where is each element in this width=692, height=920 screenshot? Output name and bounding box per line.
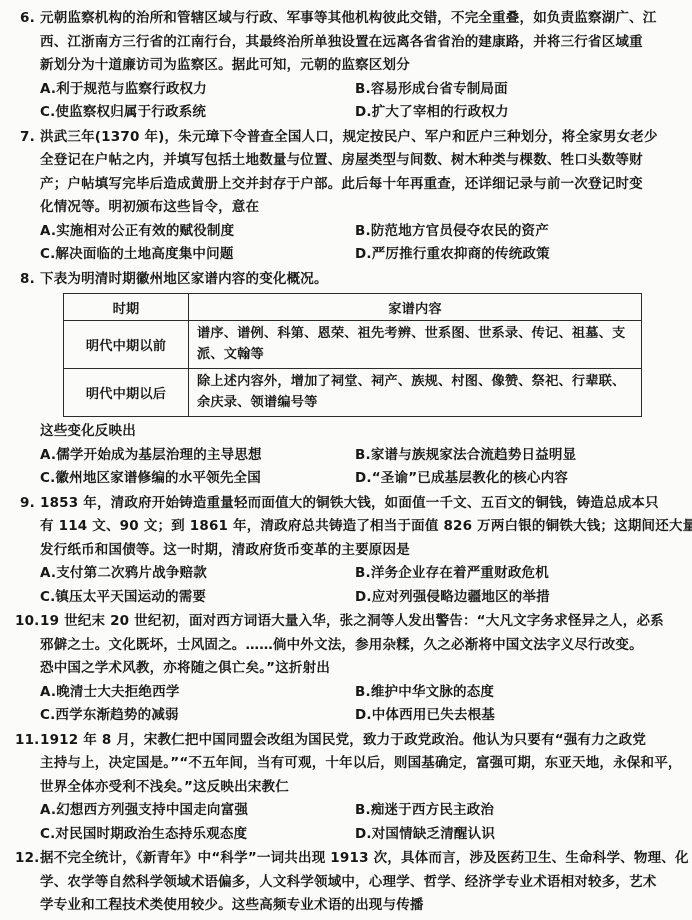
options-row-ab: A.晚清士大夫拒绝西学 B.维护中华文脉的态度 <box>0 681 692 705</box>
option-b: B.痴迷于西方民主政治 <box>355 799 494 823</box>
question-line: 元朝监察机构的治所和管辖区域与行政、军事等其他机构彼此交错，不完全重叠，如负责监… <box>0 7 692 31</box>
options-row-cd: C.对民国时期政治生态持乐观态度 D.对国情缺乏清醒认识 <box>0 823 692 847</box>
question-line: 洪武三年(1370 年)，朱元璋下令普查全国人口，规定按民户、军户和匠户三种划分… <box>0 126 692 150</box>
question-number: 7. <box>20 126 35 150</box>
question-line: 19 世纪末 20 世纪初，面对西方词语大量入华，张之洞等人发出警告：“大凡文字… <box>0 610 692 634</box>
option-a: A.利于规范与监察行政权力 <box>40 78 355 102</box>
option-d: D.严厉推行重农抑商的传统政策 <box>355 243 550 267</box>
option-c: C.徽州地区家谱修编的水平领先全国 <box>40 467 355 491</box>
options-row-cd: C.解决面临的土地高度集中问题 D.严厉推行重农抑商的传统政策 <box>0 243 692 267</box>
question-line: 学、农学等自然科学领域术语偏多，人文科学领域中，心理学、哲学、经济学专业术语相对… <box>0 871 692 895</box>
question-6: 6. 元朝监察机构的治所和管辖区域与行政、军事等其他机构彼此交错，不完全重叠，如… <box>0 7 692 125</box>
question-12: 12. 据不完全统计，《新青年》中“科学”一词共出现 1913 次，具体而言，涉… <box>0 847 692 918</box>
question-line: 主持与上，决定国是。”“不五年间，当有可观，十年以后，则国基确定，富强可期，东亚… <box>0 752 692 776</box>
option-c: C.镇压太平天国运动的需要 <box>40 586 355 610</box>
options-row-cd: C.西学东渐趋势的减弱 D.中体西用已失去根基 <box>0 704 692 728</box>
question-line: 学专业和工程技术类使用较少。这些高频专业术语的出现与传播 <box>0 894 692 918</box>
question-line: 产；户帖填写完毕后造成黄册上交并封存于户部。此后每十年再重查，还详细记录与前一次… <box>0 173 692 197</box>
question-line: 新划分为十道廉访司为监察区。据此可知，元朝的监察区划分 <box>0 54 692 78</box>
question-9: 9. 1853 年，清政府开始铸造重量轻而面值大的铜铁大钱，如面值一千文、五百文… <box>0 492 692 610</box>
table-cell-content: 除上述内容外，增加了祠堂、祠产、族规、村图、像赞、祭祀、行辈联、余庆录、领谱编号… <box>189 369 642 417</box>
option-c: C.解决面临的土地高度集中问题 <box>40 243 355 267</box>
option-a: A.儒学开始成为基层治理的主导思想 <box>40 444 355 468</box>
table-header-content: 家谱内容 <box>189 294 642 321</box>
options-row-cd: C.徽州地区家谱修编的水平领先全国 D.“圣谕”已成基层教化的核心内容 <box>0 467 692 491</box>
option-a: A.幻想西方列强支持中国走向富强 <box>40 799 355 823</box>
question-line: 下表为明清时期徽州地区家谱内容的变化概况。 <box>0 268 692 292</box>
exam-page: 6. 元朝监察机构的治所和管辖区域与行政、军事等其他机构彼此交错，不完全重叠，如… <box>0 0 692 918</box>
question-line: 1853 年，清政府开始铸造重量轻而面值大的铜铁大钱，如面值一千文、五百文的铜钱… <box>0 492 692 516</box>
option-b: B.维护中华文脉的态度 <box>355 681 494 705</box>
table-cell-period: 明代中期以前 <box>64 321 189 369</box>
table-header-period: 时期 <box>64 294 189 321</box>
option-b: B.家谱与族规家法合流趋势日益明显 <box>355 444 576 468</box>
question-line: 化情况等。明初颁布这些旨令，意在 <box>0 196 692 220</box>
question-number: 10. <box>15 610 40 634</box>
option-a: A.晚清士大夫拒绝西学 <box>40 681 355 705</box>
option-d: D.对国情缺乏清醒认识 <box>355 823 495 847</box>
question-line: 世界全体亦受利不浅矣。”这反映出宋教仁 <box>0 776 692 800</box>
question-number: 8. <box>20 268 35 292</box>
question-line: 全登记在户帖之内，并填写包括土地数量与位置、房屋类型与间数、树木种类与棵数、牲口… <box>0 149 692 173</box>
question-line: 发行纸币和国债等。这一时期，清政府货币变革的主要原因是 <box>0 539 692 563</box>
option-d: D.扩大了宰相的行政权力 <box>355 101 509 125</box>
options-row-ab: A.实施相对公正有效的赋役制度 B.防范地方官员侵夺农民的资产 <box>0 220 692 244</box>
question-line: 邪僻之士。文化既坏，士风固之。……倘中外文法，参用杂糅，久之必渐将中国文法字义尽… <box>0 634 692 658</box>
option-a: A.支付第二次鸦片战争赔款 <box>40 562 355 586</box>
table-cell-period: 明代中期以后 <box>64 369 189 417</box>
table-header-row: 时期 家谱内容 <box>64 294 642 321</box>
genealogy-table: 时期 家谱内容 明代中期以前 谱序、谱例、科第、恩荣、祖先考辨、世系图、世系录、… <box>63 293 642 417</box>
option-c: C.使监察权归属于行政系统 <box>40 101 355 125</box>
question-number: 11. <box>15 729 40 753</box>
table-cell-content: 谱序、谱例、科第、恩荣、祖先考辨、世系图、世系录、传记、祖墓、支派、文翰等 <box>189 321 642 369</box>
question-line: 据不完全统计，《新青年》中“科学”一词共出现 1913 次，具体而言，涉及医药卫… <box>0 847 692 871</box>
option-d: D.中体西用已失去根基 <box>355 704 495 728</box>
option-d: D.“圣谕”已成基层教化的核心内容 <box>355 467 568 491</box>
question-line: 有 114 文、90 文；到 1861 年，清政府总共铸造了相当于面值 826 … <box>0 515 692 539</box>
question-11: 11. 1912 年 8 月，宋教仁把中国同盟会改组为国民党，致力于政党政治。他… <box>0 729 692 847</box>
options-row-cd: C.使监察权归属于行政系统 D.扩大了宰相的行政权力 <box>0 101 692 125</box>
option-b: B.容易形成台省专制局面 <box>355 78 508 102</box>
option-c: C.西学东渐趋势的减弱 <box>40 704 355 728</box>
option-d: D.应对列强侵略边疆地区的举措 <box>355 586 550 610</box>
options-row-ab: A.幻想西方列强支持中国走向富强 B.痴迷于西方民主政治 <box>0 799 692 823</box>
question-line: 1912 年 8 月，宋教仁把中国同盟会改组为国民党，致力于政党政治。他认为只要… <box>0 729 692 753</box>
question-number: 6. <box>20 7 35 31</box>
options-row-cd: C.镇压太平天国运动的需要 D.应对列强侵略边疆地区的举措 <box>0 586 692 610</box>
table-row: 明代中期以后 除上述内容外，增加了祠堂、祠产、族规、村图、像赞、祭祀、行辈联、余… <box>64 369 642 417</box>
question-followup: 这些变化反映出 <box>0 420 692 444</box>
options-row-ab: A.儒学开始成为基层治理的主导思想 B.家谱与族规家法合流趋势日益明显 <box>0 444 692 468</box>
option-b: B.洋务企业存在着严重财政危机 <box>355 562 549 586</box>
option-a: A.实施相对公正有效的赋役制度 <box>40 220 355 244</box>
question-line: 恐中国之学术风教，亦将随之俱亡矣。”这折射出 <box>0 657 692 681</box>
question-number: 12. <box>15 847 40 871</box>
question-7: 7. 洪武三年(1370 年)，朱元璋下令普查全国人口，规定按民户、军户和匠户三… <box>0 126 692 267</box>
option-b: B.防范地方官员侵夺农民的资产 <box>355 220 549 244</box>
options-row-ab: A.支付第二次鸦片战争赔款 B.洋务企业存在着严重财政危机 <box>0 562 692 586</box>
question-number: 9. <box>20 492 35 516</box>
options-row-ab: A.利于规范与监察行政权力 B.容易形成台省专制局面 <box>0 78 692 102</box>
question-10: 10. 19 世纪末 20 世纪初，面对西方词语大量入华，张之洞等人发出警告：“… <box>0 610 692 728</box>
question-8: 8. 下表为明清时期徽州地区家谱内容的变化概况。 时期 家谱内容 明代中期以前 … <box>0 268 692 491</box>
question-line: 西、江浙南方三行省的江南行台，其最终治所单独设置在远离各省省治的建康路，并将三行… <box>0 31 692 55</box>
table-row: 明代中期以前 谱序、谱例、科第、恩荣、祖先考辨、世系图、世系录、传记、祖墓、支派… <box>64 321 642 369</box>
option-c: C.对民国时期政治生态持乐观态度 <box>40 823 355 847</box>
